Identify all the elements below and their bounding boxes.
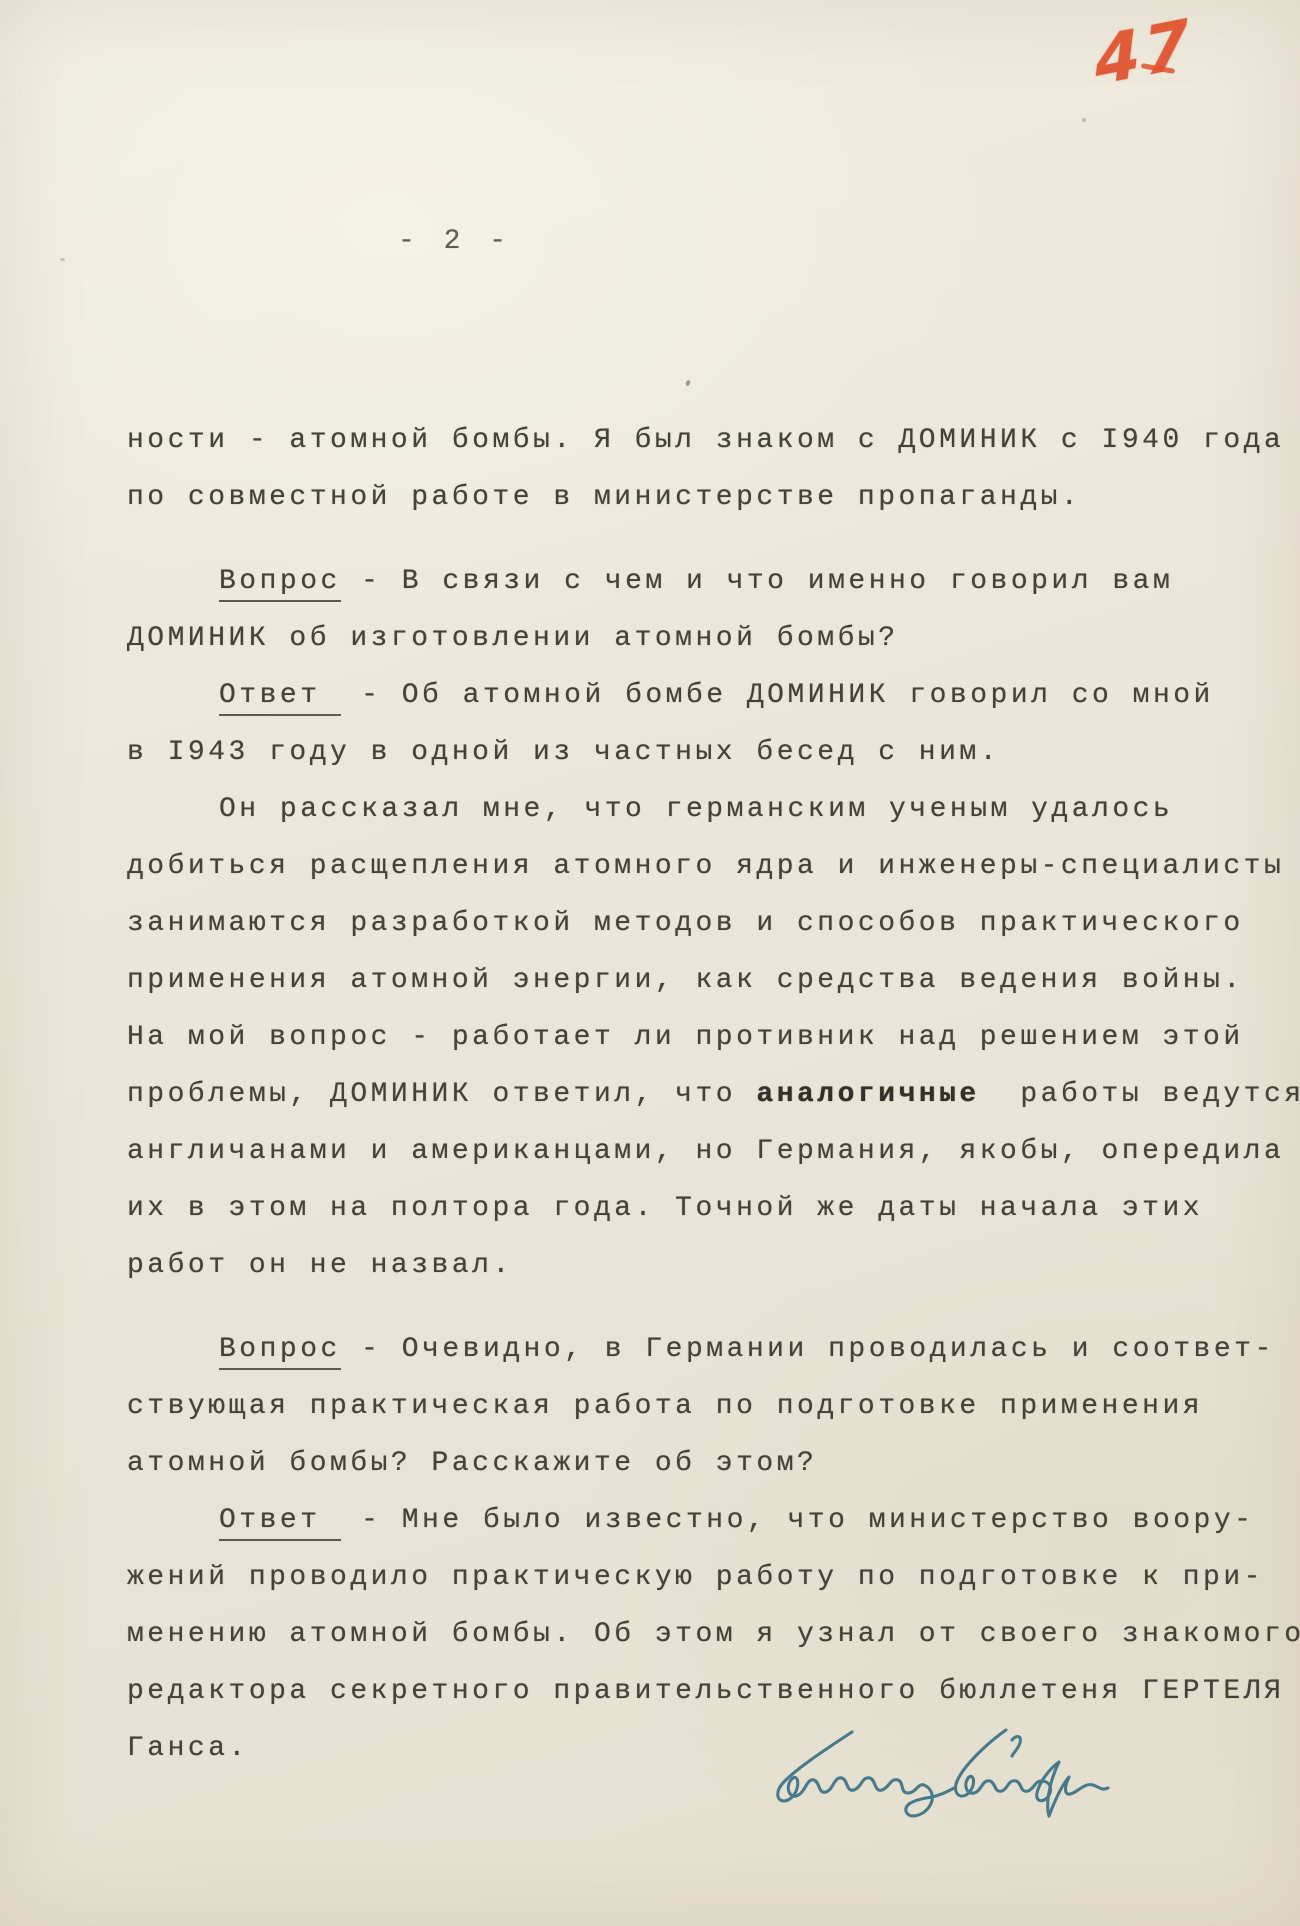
- typed-line: работ он не назвал.: [127, 1237, 1295, 1294]
- scanned-document-page: 47 - 2 - ности - атомной бомбы. Я был зн…: [0, 0, 1300, 1926]
- typed-line: жений проводило практическую работу по п…: [127, 1549, 1295, 1606]
- signature-ink: [748, 1726, 1158, 1830]
- typed-line: Вопрос - В связи с чем и что именно гово…: [127, 553, 1295, 610]
- paper-speck: [1082, 118, 1086, 122]
- typed-line: по совместной работе в министерстве проп…: [127, 469, 1295, 526]
- typed-line: Вопрос - Очевидно, в Германии проводилас…: [127, 1321, 1295, 1378]
- typed-page-number-header: - 2 -: [398, 226, 512, 257]
- typed-line: Он рассказал мне, что германским ученым …: [127, 781, 1295, 838]
- typed-line: англичанами и американцами, но Германия,…: [127, 1123, 1295, 1180]
- paragraph: Вопрос - Очевидно, в Германии проводилас…: [127, 1321, 1295, 1492]
- typed-line: их в этом на полтора года. Точной же дат…: [127, 1180, 1295, 1237]
- typed-line: ности - атомной бомбы. Я был знаком с ДО…: [127, 412, 1295, 469]
- paragraph: Он рассказал мне, что германским ученым …: [127, 781, 1295, 1294]
- typed-line: атомной бомбы? Расскажите об этом?: [127, 1435, 1295, 1492]
- typed-line: Ответ - Мне было известно, что министерс…: [127, 1492, 1295, 1549]
- typed-line: в I943 году в одной из частных бесед с н…: [127, 724, 1295, 781]
- typed-line: ствующая практическая работа по подготов…: [127, 1378, 1295, 1435]
- handwritten-page-number: 47: [1092, 4, 1195, 100]
- typed-line: редактора секретного правительственного …: [127, 1663, 1295, 1720]
- paragraph: Вопрос - В связи с чем и что именно гово…: [127, 553, 1295, 667]
- typed-line: На мой вопрос - работает ли противник на…: [127, 1009, 1295, 1066]
- paragraph: ности - атомной бомбы. Я был знаком с ДО…: [127, 412, 1295, 526]
- paper-speck: [60, 258, 65, 261]
- typed-line: ДОМИНИК об изготовлении атомной бомбы?: [127, 610, 1295, 667]
- typed-line: Ответ - Об атомной бомбе ДОМИНИК говорил…: [127, 667, 1295, 724]
- typed-line: добиться расщепления атомного ядра и инж…: [127, 838, 1295, 895]
- typed-line: применения атомной энергии, как средства…: [127, 952, 1295, 1009]
- typed-line: проблемы, ДОМИНИК ответил, что аналогичн…: [127, 1066, 1295, 1123]
- paragraph: Ответ - Об атомной бомбе ДОМИНИК говорил…: [127, 667, 1295, 781]
- typed-line: менению атомной бомбы. Об этом я узнал о…: [127, 1606, 1295, 1663]
- typed-line: занимаются разработкой методов и способо…: [127, 895, 1295, 952]
- typed-text-body: ности - атомной бомбы. Я был знаком с ДО…: [127, 412, 1295, 1777]
- paper-speck: [685, 379, 691, 386]
